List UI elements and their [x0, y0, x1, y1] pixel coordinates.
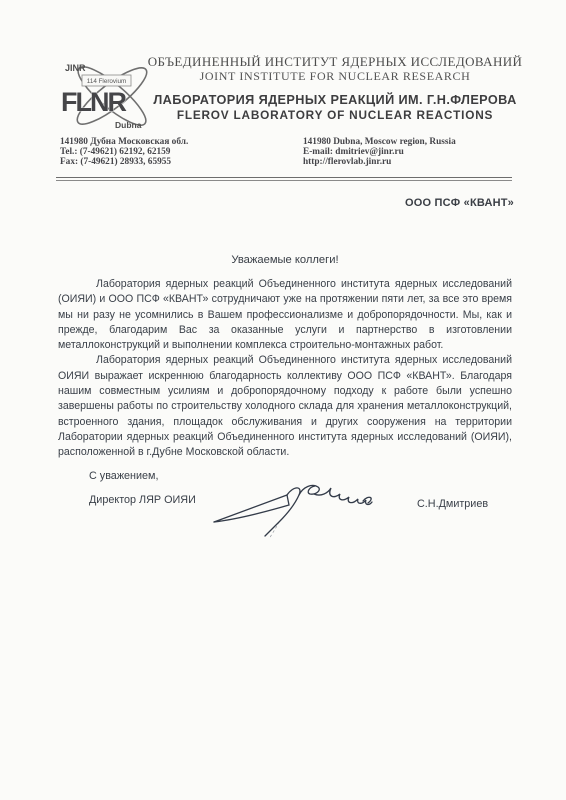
signer-title: Директор ЛЯР ОИЯИ [89, 494, 196, 506]
paragraph-1: Лаборатория ядерных реакций Объединенног… [58, 277, 512, 353]
institute-name-en: JOINT INSTITUTE FOR NUCLEAR RESEARCH [112, 69, 558, 83]
scan-edge-artifact [8, 785, 556, 789]
salutation: Уважаемые коллеги! [58, 254, 512, 266]
handwritten-signature [211, 482, 377, 546]
scanned-letter-page: JINR 114 Flerovium FLNR Dubna ОБЪЕДИНЕНН… [0, 0, 566, 800]
fax-line: Fax: (7-49621) 28933, 65955 [60, 158, 303, 168]
letterhead-divider [56, 177, 512, 181]
letter-body: Лаборатория ядерных реакций Объединенног… [58, 277, 512, 461]
signer-name: С.Н.Дмитриев [417, 498, 488, 510]
lab-name-ru: ЛАБОРАТОРИЯ ЯДЕРНЫХ РЕАКЦИЙ ИМ. Г.Н.ФЛЕР… [112, 93, 558, 108]
addressee: ООО ПСФ «КВАНТ» [405, 197, 514, 209]
contact-address-en: 141980 Dubna, Moscow region, Russia E-ma… [303, 138, 512, 167]
contact-address-ru: 141980 Дубна Московская обл. Tel.: (7-49… [60, 138, 303, 167]
letterhead-titles: ОБЪЕДИНЕННЫЙ ИНСТИТУТ ЯДЕРНЫХ ИССЛЕДОВАН… [112, 54, 558, 122]
closing-phrase: С уважением, [89, 470, 158, 482]
institute-name-ru: ОБЪЕДИНЕННЫЙ ИНСТИТУТ ЯДЕРНЫХ ИССЛЕДОВАН… [112, 54, 558, 69]
paragraph-2: Лаборатория ядерных реакций Объединенног… [58, 353, 512, 460]
contact-block: 141980 Дубна Московская обл. Tel.: (7-49… [60, 138, 512, 167]
website-line: http://flerovlab.jinr.ru [303, 158, 512, 168]
lab-name-en: FLEROV LABORATORY OF NUCLEAR REACTIONS [112, 108, 558, 122]
logo-jinr-label: JINR [65, 63, 86, 73]
